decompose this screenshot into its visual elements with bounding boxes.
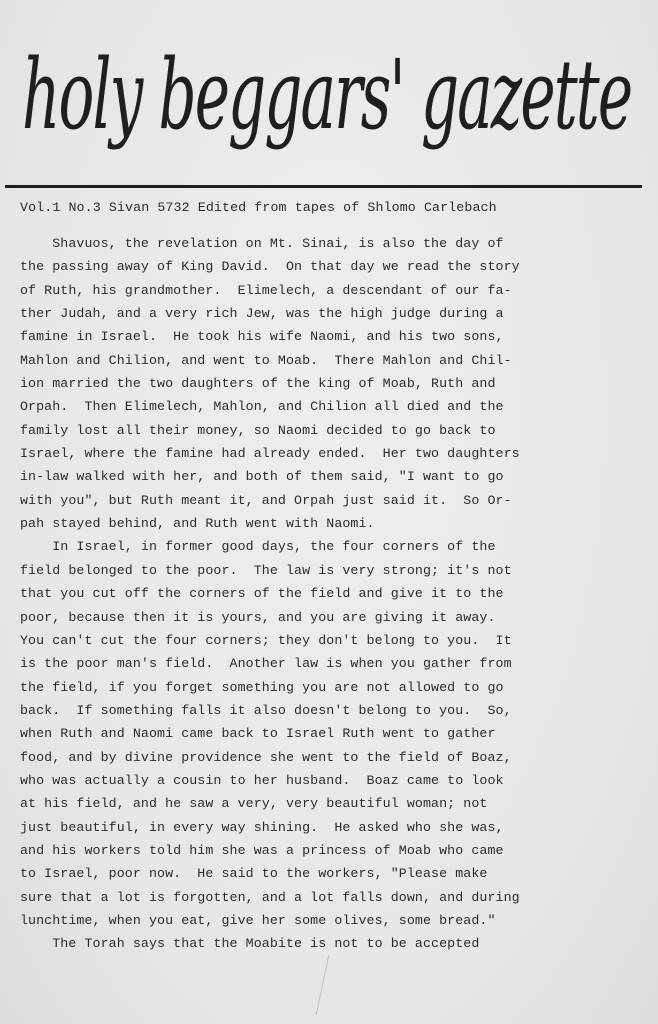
- article-line: ion married the two daughters of the kin…: [20, 372, 620, 395]
- article-line: Shavuos, the revelation on Mt. Sinai, is…: [20, 232, 620, 255]
- article-line: The Torah says that the Moabite is not t…: [20, 932, 620, 955]
- paper-crease: [316, 955, 370, 1015]
- scanned-page: holy beggars' gazette Vol.1 No.3 Sivan 5…: [0, 0, 658, 1024]
- article-line: and his workers told him she was a princ…: [20, 839, 620, 862]
- article-line: Israel, where the famine had already end…: [20, 442, 620, 465]
- article-line: the passing away of King David. On that …: [20, 255, 620, 278]
- article-line: to Israel, poor now. He said to the work…: [20, 862, 620, 885]
- article-line: that you cut off the corners of the fiel…: [20, 582, 620, 605]
- article-line: with you", but Ruth meant it, and Orpah …: [20, 489, 620, 512]
- article-line: just beautiful, in every way shining. He…: [20, 816, 620, 839]
- article-line: in-law walked with her, and both of them…: [20, 465, 620, 488]
- article-line: who was actually a cousin to her husband…: [20, 769, 620, 792]
- article-line: field belonged to the poor. The law is v…: [20, 559, 620, 582]
- article-line: Mahlon and Chilion, and went to Moab. Th…: [20, 349, 620, 372]
- article-line: ther Judah, and a very rich Jew, was the…: [20, 302, 620, 325]
- article-line: pah stayed behind, and Ruth went with Na…: [20, 512, 620, 535]
- article-line: back. If something falls it also doesn't…: [20, 699, 620, 722]
- masthead-title: holy beggars' gazette: [22, 30, 406, 160]
- article-line: family lost all their money, so Naomi de…: [20, 419, 620, 442]
- article-line: lunchtime, when you eat, give her some o…: [20, 909, 620, 932]
- article-line: at his field, and he saw a very, very be…: [20, 792, 620, 815]
- article-line: is the poor man's field. Another law is …: [20, 652, 620, 675]
- article-body: Shavuos, the revelation on Mt. Sinai, is…: [20, 232, 620, 956]
- article-line: You can't cut the four corners; they don…: [20, 629, 620, 652]
- masthead-rule: [5, 185, 642, 188]
- article-line: sure that a lot is forgotten, and a lot …: [20, 886, 620, 909]
- article-line: of Ruth, his grandmother. Elimelech, a d…: [20, 279, 620, 302]
- article-line: when Ruth and Naomi came back to Israel …: [20, 722, 620, 745]
- article-line: In Israel, in former good days, the four…: [20, 535, 620, 558]
- article-line: the field, if you forget something you a…: [20, 676, 620, 699]
- article-line: food, and by divine providence she went …: [20, 746, 620, 769]
- article-line: famine in Israel. He took his wife Naomi…: [20, 325, 620, 348]
- article-line: poor, because then it is yours, and you …: [20, 606, 620, 629]
- article-line: Orpah. Then Elimelech, Mahlon, and Chili…: [20, 395, 620, 418]
- issue-info: Vol.1 No.3 Sivan 5732 Edited from tapes …: [20, 200, 497, 215]
